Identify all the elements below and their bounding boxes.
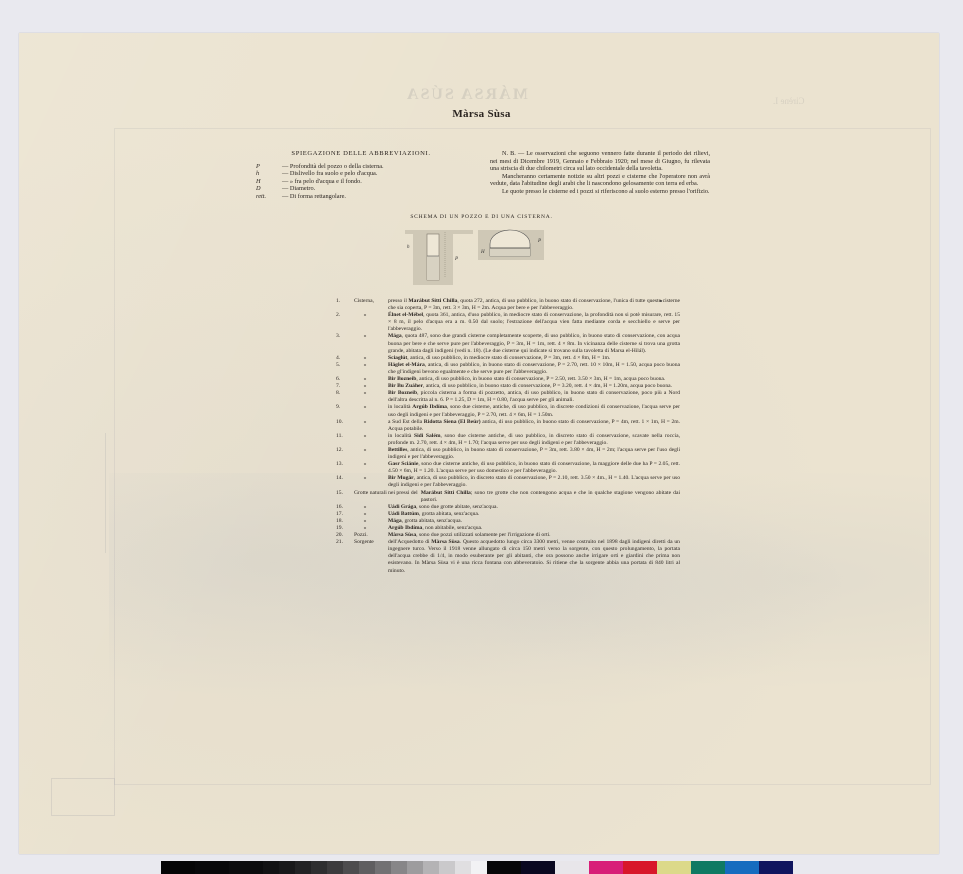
legend-key: P [256, 163, 282, 171]
margin-line [105, 433, 106, 553]
place-name: Marábut Sitti Chilla [421, 490, 471, 496]
item-description: Bir Mugár, antica, di uso pubblico, in d… [388, 475, 680, 489]
well-diagram: h P [405, 226, 473, 288]
item-number: 4. [336, 355, 354, 362]
item-type: » [354, 475, 388, 489]
legend-key: D [256, 185, 282, 193]
color-swatch [375, 861, 391, 874]
item-number: 8. [336, 390, 354, 404]
item-type: » [354, 362, 388, 376]
place-name: Élnet el-Mébel [388, 312, 423, 318]
color-swatch [555, 861, 589, 874]
item-type: » [354, 461, 388, 475]
color-swatch [195, 861, 229, 874]
color-calibration-bar [161, 861, 793, 874]
well-label-h: h [407, 245, 410, 250]
item-number: 11. [336, 433, 354, 447]
note-paragraph: Le quote presso le cisterne ed i pozzi s… [490, 188, 710, 196]
legend-heading: SPIEGAZIONE DELLE ABBREVIAZIONI. [256, 150, 466, 158]
note-block: N. B. — Le osservazioni che seguono venn… [490, 150, 710, 195]
color-swatch [295, 861, 311, 874]
item-type: » [354, 419, 388, 433]
color-swatch [263, 861, 279, 874]
item-number: 13. [336, 461, 354, 475]
color-swatch [691, 861, 725, 874]
list-item: 4.»Sciaglút, antica, di uso pubblico, in… [336, 355, 680, 362]
item-number: 16. [336, 504, 354, 511]
color-swatch [229, 861, 263, 874]
note-paragraph: Mancheranno certamente notizie su altri … [490, 173, 710, 188]
item-description: Bettilles, antica, di uso pubblico, in b… [388, 447, 680, 461]
item-number: 6. [336, 376, 354, 383]
list-item: 8.»Bir Bozneib, piccola cisterna a forma… [336, 390, 680, 404]
color-swatch [487, 861, 521, 874]
item-description: a Sud Est della Ridotta Siena (El Beúr) … [388, 419, 680, 433]
item-number: 15. [336, 490, 354, 504]
cistern-diagram: H P [478, 226, 548, 266]
legend-text: — Di forma rettangolare. [282, 193, 346, 201]
item-description: Màrsa Sùsa, sono due pozzi utilizzati so… [388, 532, 680, 539]
schema-title: SCHEMA DI UN POZZO E DI UNA CISTERNA. [0, 214, 963, 220]
legend-text: — Dislivello fra suolo e pelo d'acqua. [282, 170, 377, 178]
item-number: 3. [336, 333, 354, 354]
color-swatch [759, 861, 793, 874]
color-swatch [455, 861, 471, 874]
well-label-P: P [454, 257, 458, 262]
item-number: 10. [336, 419, 354, 433]
water-sources-list: 1.Cisterna,presso il Marábut Sitti Chill… [336, 298, 680, 575]
item-type: » [354, 504, 388, 511]
place-name: Màrsa Sùsa [388, 532, 416, 538]
place-name: Gasr Sciánie [388, 461, 418, 467]
color-swatch [359, 861, 375, 874]
color-swatch [279, 861, 295, 874]
legend-row: h— Dislivello fra suolo e pelo d'acqua. [256, 170, 466, 178]
item-description: presso il Marábut Sitti Chilla, quota 27… [388, 298, 680, 312]
item-number: 21. [336, 539, 354, 574]
place-name: Uádi Grága [388, 504, 416, 510]
legend-key: rett. [256, 193, 282, 201]
list-item: 13.»Gasr Sciánie, sono due cisterne anti… [336, 461, 680, 475]
color-swatch [521, 861, 555, 874]
item-description: Uádi Battúm, grotta abitata, senz'acqua. [388, 511, 680, 518]
item-number: 14. [336, 475, 354, 489]
color-swatch [439, 861, 455, 874]
legend-row: rett.— Di forma rettangolare. [256, 193, 466, 201]
color-swatch [407, 861, 423, 874]
place-name: Argúb Ibdíma [388, 525, 422, 531]
legend-row: H— » fra pelo d'acqua e il fondo. [256, 178, 466, 186]
place-name: Ridotta Siena (El Beúr) [424, 419, 481, 425]
color-swatch [623, 861, 657, 874]
item-description: Élnet el-Mébel, quota 361, antica, d'uso… [388, 312, 680, 333]
list-item: 21.Sorgentedell'Acquedotto di Màrsa Sùsa… [336, 539, 680, 574]
item-number: 12. [336, 447, 354, 461]
item-description: Gasr Sciánie, sono due cisterne antiche,… [388, 461, 680, 475]
item-description: Marábut Sitti Chilla; sono tre grotte ch… [421, 490, 680, 504]
color-swatch [311, 861, 327, 874]
place-name: Uádi Battúm [388, 511, 419, 517]
color-swatch [423, 861, 439, 874]
item-description: Argúb Ibdíma, non abitabile, senz'acqua. [388, 525, 680, 532]
item-type: Pozzi. [354, 532, 388, 539]
color-swatch [327, 861, 343, 874]
place-name: Sidi Salém [414, 433, 441, 439]
item-number: 7. [336, 383, 354, 390]
item-description: in località Argúb Ibdíma, sono due ciste… [388, 404, 680, 418]
place-name: Háglet el-Mára [388, 362, 425, 368]
place-name: Bir Bu Zuáher [388, 383, 423, 389]
place-name: Argúb Ibdíma [412, 404, 447, 410]
legend-row: P— Profondità del pozzo o della cisterna… [256, 163, 466, 171]
item-description: Mága, quota 487, sono due grandi cistern… [388, 333, 680, 354]
list-item: 6.»Bir Bozneib, antica, di uso pubblico,… [336, 376, 680, 383]
list-item: 16.»Uádi Grága, sono due grotte abitate,… [336, 504, 680, 511]
item-number: 1. [336, 298, 354, 312]
place-name: Bir Bozneib [388, 390, 417, 396]
color-swatch [161, 861, 195, 874]
item-description: dell'Acquedotto di Màrsa Sùsa. Questo ac… [388, 539, 680, 574]
item-description: Bir Bozneib, antica, di uso pubblico, in… [388, 376, 680, 383]
place-name: Bir Mugár [388, 475, 414, 481]
place-name: Bettilles [388, 447, 407, 453]
list-item: 14.»Bir Mugár, antica, di uso pubblico, … [336, 475, 680, 489]
item-type: Cisterna, [354, 298, 388, 312]
item-number: 20. [336, 532, 354, 539]
place-name: Bir Bozneib [388, 376, 416, 382]
color-swatch [725, 861, 759, 874]
list-item: 17.»Uádi Battúm, grotta abitata, senz'ac… [336, 511, 680, 518]
item-type: » [354, 404, 388, 418]
item-description: Mága, grotta abitata, senz'acqua. [388, 518, 680, 525]
item-type: » [354, 376, 388, 383]
color-swatch [471, 861, 487, 874]
item-type: » [354, 447, 388, 461]
item-type: » [354, 525, 388, 532]
abbreviations-legend: SPIEGAZIONE DELLE ABBREVIAZIONI. P— Prof… [256, 150, 466, 201]
item-type: » [354, 355, 388, 362]
color-swatch [391, 861, 407, 874]
list-item: 12.»Bettilles, antica, di uso pubblico, … [336, 447, 680, 461]
map-title-bleedthrough: MÁRSA SÚSA [405, 86, 528, 104]
legend-text: — » fra pelo d'acqua e il fondo. [282, 178, 362, 186]
place-name: Màrsa Sùsa [431, 539, 459, 545]
item-type: Grotte naturali nei pressi del [354, 490, 421, 504]
place-name: Mága [388, 518, 402, 524]
item-description: in località Sidi Salém, sono due cistern… [388, 433, 680, 447]
legend-key: h [256, 170, 282, 178]
list-item: 11.»in località Sidi Salém, sono due cis… [336, 433, 680, 447]
item-type: » [354, 390, 388, 404]
item-number: 5. [336, 362, 354, 376]
list-item: 19.»Argúb Ibdíma, non abitabile, senz'ac… [336, 525, 680, 532]
color-swatch [343, 861, 359, 874]
sheet-label-bleedthrough: Cirène I. [773, 96, 805, 106]
item-type: » [354, 333, 388, 354]
list-item: 10.»a Sud Est della Ridotta Siena (El Be… [336, 419, 680, 433]
archive-stamp-bleedthrough [51, 778, 115, 816]
item-number: 9. [336, 404, 354, 418]
list-item: 15.Grotte naturali nei pressi delMarábut… [336, 490, 680, 504]
cistern-label-H: H [480, 250, 485, 255]
item-number: 2. [336, 312, 354, 333]
color-swatch [589, 861, 623, 874]
note-paragraph: N. B. — Le osservazioni che seguono venn… [490, 150, 710, 173]
item-type: » [354, 312, 388, 333]
place-name: Mága [388, 333, 402, 339]
page-title: Màrsa Sùsa [0, 108, 963, 120]
item-type: » [354, 433, 388, 447]
color-swatch [657, 861, 691, 874]
item-description: Háglet el-Mára, antica, di uso pubblico,… [388, 362, 680, 376]
list-item: 18.»Mága, grotta abitata, senz'acqua. [336, 518, 680, 525]
legend-text: — Diametro. [282, 185, 315, 193]
item-type: » [354, 518, 388, 525]
list-item: 3.»Mága, quota 487, sono due grandi cist… [336, 333, 680, 354]
list-item: 9.»in località Argúb Ibdíma, sono due ci… [336, 404, 680, 418]
list-item: 1.Cisterna,presso il Marábut Sitti Chill… [336, 298, 680, 312]
item-type: » [354, 383, 388, 390]
place-name: Sciaglút [388, 355, 407, 361]
item-type: » [354, 511, 388, 518]
list-item: 5.»Háglet el-Mára, antica, di uso pubbli… [336, 362, 680, 376]
item-description: Bir Bozneib, piccola cisterna a forma di… [388, 390, 680, 404]
item-description: Sciaglút, antica, di uso pubblico, in me… [388, 355, 680, 362]
place-name: Marábut Sitti Chilla [408, 298, 457, 304]
item-number: 19. [336, 525, 354, 532]
legend-key: H [256, 178, 282, 186]
legend-row: D— Diametro. [256, 185, 466, 193]
cistern-label-P: P [537, 239, 541, 244]
list-item: 2.»Élnet el-Mébel, quota 361, antica, d'… [336, 312, 680, 333]
list-item: 20.Pozzi.Màrsa Sùsa, sono due pozzi util… [336, 532, 680, 539]
item-number: 17. [336, 511, 354, 518]
legend-text: — Profondità del pozzo o della cisterna. [282, 163, 384, 171]
item-description: Uádi Grága, sono due grotte abitate, sen… [388, 504, 680, 511]
item-number: 18. [336, 518, 354, 525]
item-type: Sorgente [354, 539, 388, 574]
